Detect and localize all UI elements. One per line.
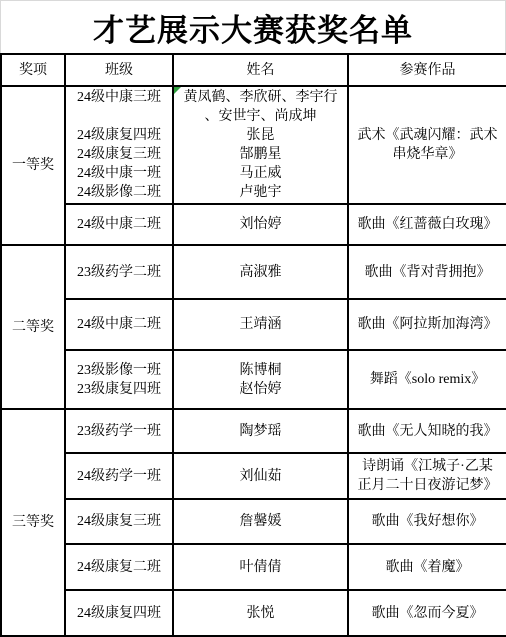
work-cell: 歌曲《无人知晓的我》 (348, 409, 506, 453)
name-cell-text: 黄凤鹤、李欣研、李宇行 、安世宇、尚成坤 张昆 郜鹏星 马正威 卢驰宇 (184, 90, 338, 200)
table-row: 23级影像一班 23级康复四班 陈博桐 赵怡婷 舞蹈《solo remix》 (1, 350, 506, 409)
name-cell: 高淑雅 (173, 245, 348, 299)
table-row: 24级药学一班 刘仙茹 诗朗诵《江城子·乙某 正月二十日夜游记梦》 (1, 453, 506, 499)
table-row: 三等奖 23级药学一班 陶梦瑶 歌曲《无人知晓的我》 (1, 409, 506, 453)
table-row: 二等奖 23级药学二班 高淑雅 歌曲《背对背拥抱》 (1, 245, 506, 299)
class-cell: 24级药学一班 (65, 453, 173, 499)
page: 才艺展示大赛获奖名单 奖项 班级 姓名 参赛作品 一等奖 24级中康三班 24级… (0, 0, 506, 637)
table-row: 24级康复四班 张悦 歌曲《忽而今夏》 (1, 590, 506, 636)
name-cell: 陈博桐 赵怡婷 (173, 350, 348, 409)
award-cell-first-prize: 一等奖 (1, 86, 65, 245)
error-indicator-icon (174, 87, 181, 94)
class-cell: 24级中康三班 24级康复四班 24级康复三班 24级中康一班 24级影像二班 (65, 86, 173, 204)
col-header-class: 班级 (65, 54, 173, 86)
award-cell-third-prize: 三等奖 (1, 409, 65, 636)
award-cell-second-prize: 二等奖 (1, 245, 65, 409)
class-cell: 24级康复二班 (65, 544, 173, 590)
work-cell: 歌曲《我好想你》 (348, 499, 506, 544)
work-cell: 歌曲《背对背拥抱》 (348, 245, 506, 299)
name-cell: 张悦 (173, 590, 348, 636)
work-cell: 歌曲《阿拉斯加海湾》 (348, 299, 506, 350)
table-row: 24级康复三班 詹馨媛 歌曲《我好想你》 (1, 499, 506, 544)
name-cell: 黄凤鹤、李欣研、李宇行 、安世宇、尚成坤 张昆 郜鹏星 马正威 卢驰宇 (173, 86, 348, 204)
col-header-name: 姓名 (173, 54, 348, 86)
name-cell: 叶倩倩 (173, 544, 348, 590)
class-cell: 24级中康二班 (65, 299, 173, 350)
work-cell: 歌曲《着魔》 (348, 544, 506, 590)
class-cell: 23级药学一班 (65, 409, 173, 453)
class-cell: 23级影像一班 23级康复四班 (65, 350, 173, 409)
col-header-award: 奖项 (1, 54, 65, 86)
name-cell: 詹馨媛 (173, 499, 348, 544)
table-row: 24级康复二班 叶倩倩 歌曲《着魔》 (1, 544, 506, 590)
work-cell: 舞蹈《solo remix》 (348, 350, 506, 409)
table-row: 24级中康二班 刘怡婷 歌曲《红蔷薇白玫瑰》 (1, 204, 506, 245)
class-cell: 24级康复四班 (65, 590, 173, 636)
name-cell: 刘怡婷 (173, 204, 348, 245)
col-header-work: 参赛作品 (348, 54, 506, 86)
table-row: 24级中康二班 王靖涵 歌曲《阿拉斯加海湾》 (1, 299, 506, 350)
name-cell: 王靖涵 (173, 299, 348, 350)
class-cell: 24级中康二班 (65, 204, 173, 245)
class-cell: 24级康复三班 (65, 499, 173, 544)
class-cell: 23级药学二班 (65, 245, 173, 299)
work-cell: 武术《武魂闪耀：武术 串烧华章》 (348, 86, 506, 204)
table-row: 一等奖 24级中康三班 24级康复四班 24级康复三班 24级中康一班 24级影… (1, 86, 506, 204)
work-cell: 诗朗诵《江城子·乙某 正月二十日夜游记梦》 (348, 453, 506, 499)
name-cell: 陶梦瑶 (173, 409, 348, 453)
table-header-row: 奖项 班级 姓名 参赛作品 (1, 54, 506, 86)
work-cell: 歌曲《忽而今夏》 (348, 590, 506, 636)
award-table: 奖项 班级 姓名 参赛作品 一等奖 24级中康三班 24级康复四班 24级康复三… (0, 53, 506, 637)
work-cell: 歌曲《红蔷薇白玫瑰》 (348, 204, 506, 245)
page-title: 才艺展示大赛获奖名单 (0, 0, 506, 53)
name-cell: 刘仙茹 (173, 453, 348, 499)
